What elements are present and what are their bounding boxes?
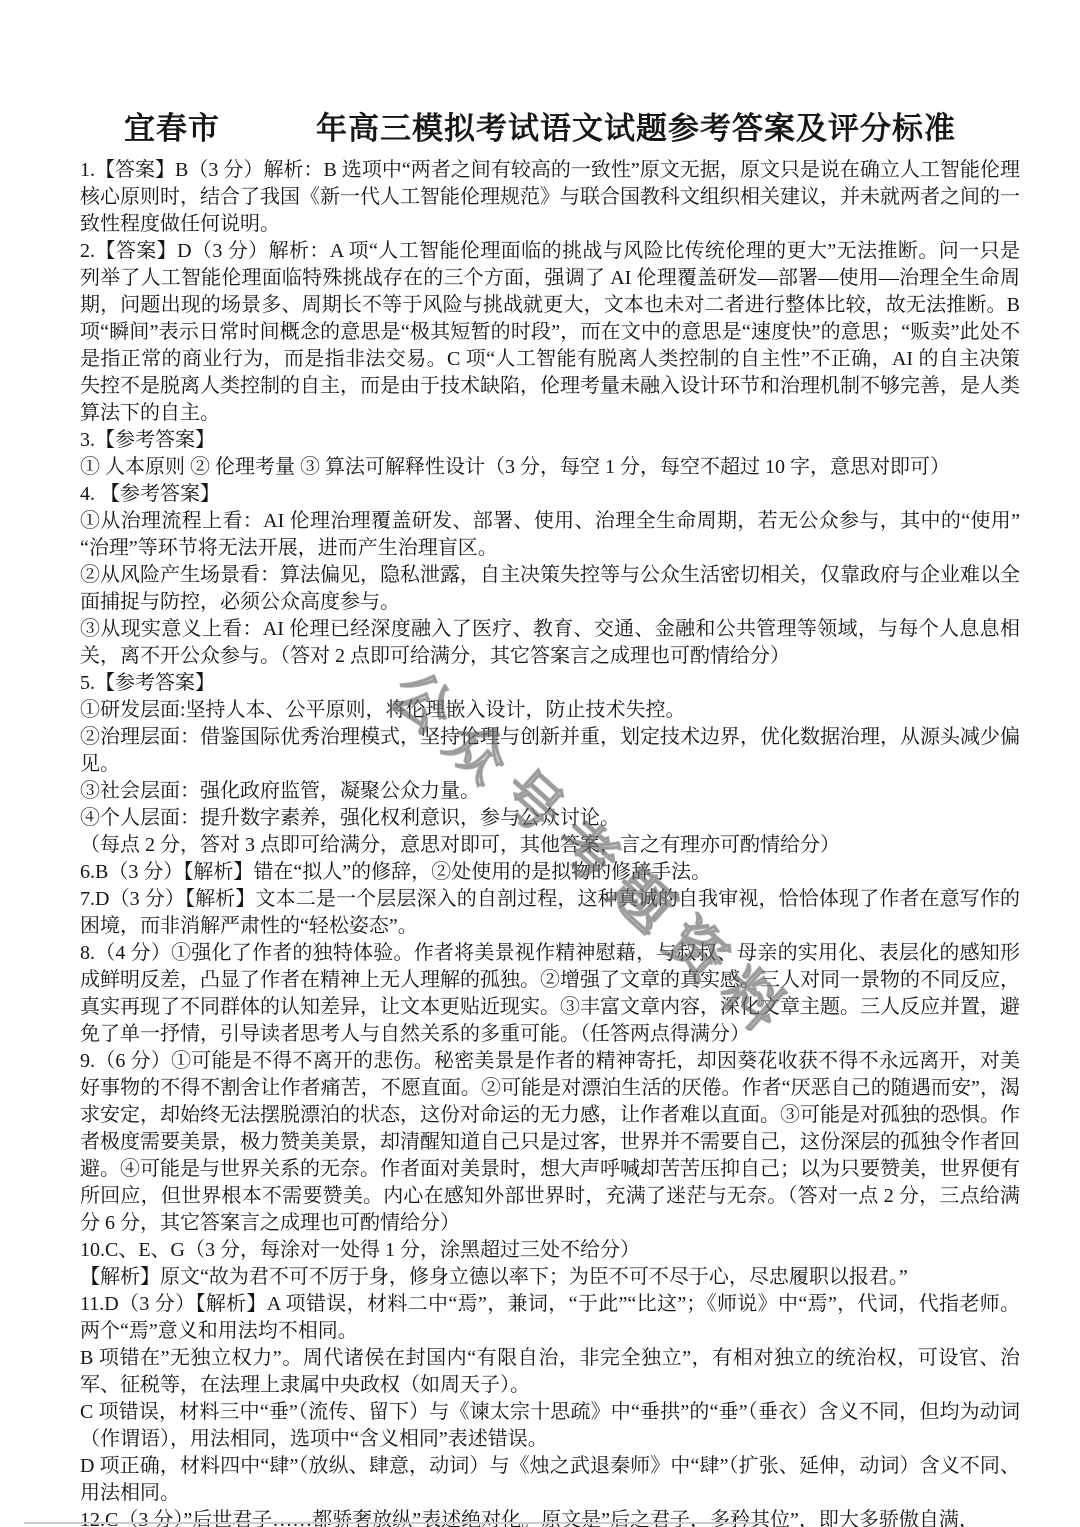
answer-paragraph: C 项错误，材料三中“垂”（流传、留下）与《谏太宗十思疏》中“垂拱”的“垂”（垂… — [80, 1399, 1020, 1453]
answer-paragraph: ③从现实意义上看：AI 伦理已经深度融入了医疗、教育、交通、金融和公共管理等领域… — [80, 616, 1020, 670]
page-title: 宜春市 年高三模拟考试语文试题参考答案及评分标准 — [0, 103, 1080, 148]
answer-paragraph: 5.【参考答案】 — [80, 670, 1020, 697]
answer-paragraph: ②从风险产生场景看：算法偏见，隐私泄露，自主决策失控等与公众生活密切相关，仅靠政… — [80, 562, 1020, 616]
answer-paragraph: ①研发层面:坚持人本、公平原则，将伦理嵌入设计，防止技术失控。 — [80, 697, 1020, 724]
document-page: 宜春市 年高三模拟考试语文试题参考答案及评分标准 1.【答案】B（3 分）解析：… — [0, 0, 1080, 1527]
answer-paragraph: 1.【答案】B（3 分）解析：B 选项中“两者之间有较高的一致性”原文无据，原文… — [80, 157, 1020, 238]
answer-key-body: 1.【答案】B（3 分）解析：B 选项中“两者之间有较高的一致性”原文无据，原文… — [80, 157, 1020, 1527]
answer-paragraph: 12.C（3 分）”后世君子……都骄奢放纵”表述绝对化。原文是”后之君子，多矜其… — [80, 1507, 1020, 1527]
answer-paragraph: （每点 2 分，答对 3 点即可给满分，意思对即可，其他答案，言之有理亦可酌情给… — [80, 832, 1020, 859]
answer-paragraph: 【解析】原文“故为君不可不厉于身，修身立德以率下；为臣不可不尽于心，尽忠履职以报… — [80, 1264, 1020, 1291]
answer-paragraph: 7.D（3 分）【解析】文本二是一个层层深入的自剖过程，这种真诚的自我审视，恰恰… — [80, 886, 1020, 940]
answer-paragraph: B 项错在”无独立权力”。周代诸侯在封国内“有限自治，非完全独立”，有相对独立的… — [80, 1345, 1020, 1399]
answer-paragraph: 6.B（3 分）【解析】错在“拟人”的修辞，②处使用的是拟物的修辞手法。 — [80, 859, 1020, 886]
answer-paragraph: 11.D（3 分）【解析】A 项错误，材料二中“焉”，兼词，“于此”“比这”；《… — [80, 1291, 1020, 1345]
answer-paragraph: 9.（6 分）①可能是不得不离开的悲伤。秘密美景是作者的精神寄托，却因葵花收获不… — [80, 1048, 1020, 1237]
answer-paragraph: ②治理层面：借鉴国际优秀治理模式，坚持伦理与创新并重，划定技术边界，优化数据治理… — [80, 724, 1020, 778]
answer-paragraph: ① 人本原则 ② 伦理考量 ③ 算法可解释性设计（3 分，每空 1 分，每空不超… — [80, 454, 1020, 481]
answer-paragraph: D 项正确，材料四中“肆”（放纵、肆意，动词）与《烛之武退秦师》中“肆”（扩张、… — [80, 1453, 1020, 1507]
answer-paragraph: 2.【答案】D（3 分）解析：A 项“人工智能伦理面临的挑战与风险比传统伦理的更… — [80, 238, 1020, 427]
scan-artifact-line — [24, 1522, 759, 1524]
answer-paragraph: 4. 【参考答案】 — [80, 481, 1020, 508]
answer-paragraph: 10.C、E、G（3 分，每涂对一处得 1 分，涂黑超过三处不给分） — [80, 1237, 1020, 1264]
answer-paragraph: ③社会层面：强化政府监管，凝聚公众力量。 — [80, 778, 1020, 805]
answer-paragraph: ④个人层面：提升数字素养，强化权利意识，参与公众讨论。 — [80, 805, 1020, 832]
answer-paragraph: 8.（4 分）①强化了作者的独特体验。作者将美景视作精神慰藉，与叔叔、母亲的实用… — [80, 940, 1020, 1048]
answer-paragraph: ①从治理流程上看：AI 伦理治理覆盖研发、部署、使用、治理全生命周期，若无公众参… — [80, 508, 1020, 562]
answer-paragraph: 3.【参考答案】 — [80, 427, 1020, 454]
